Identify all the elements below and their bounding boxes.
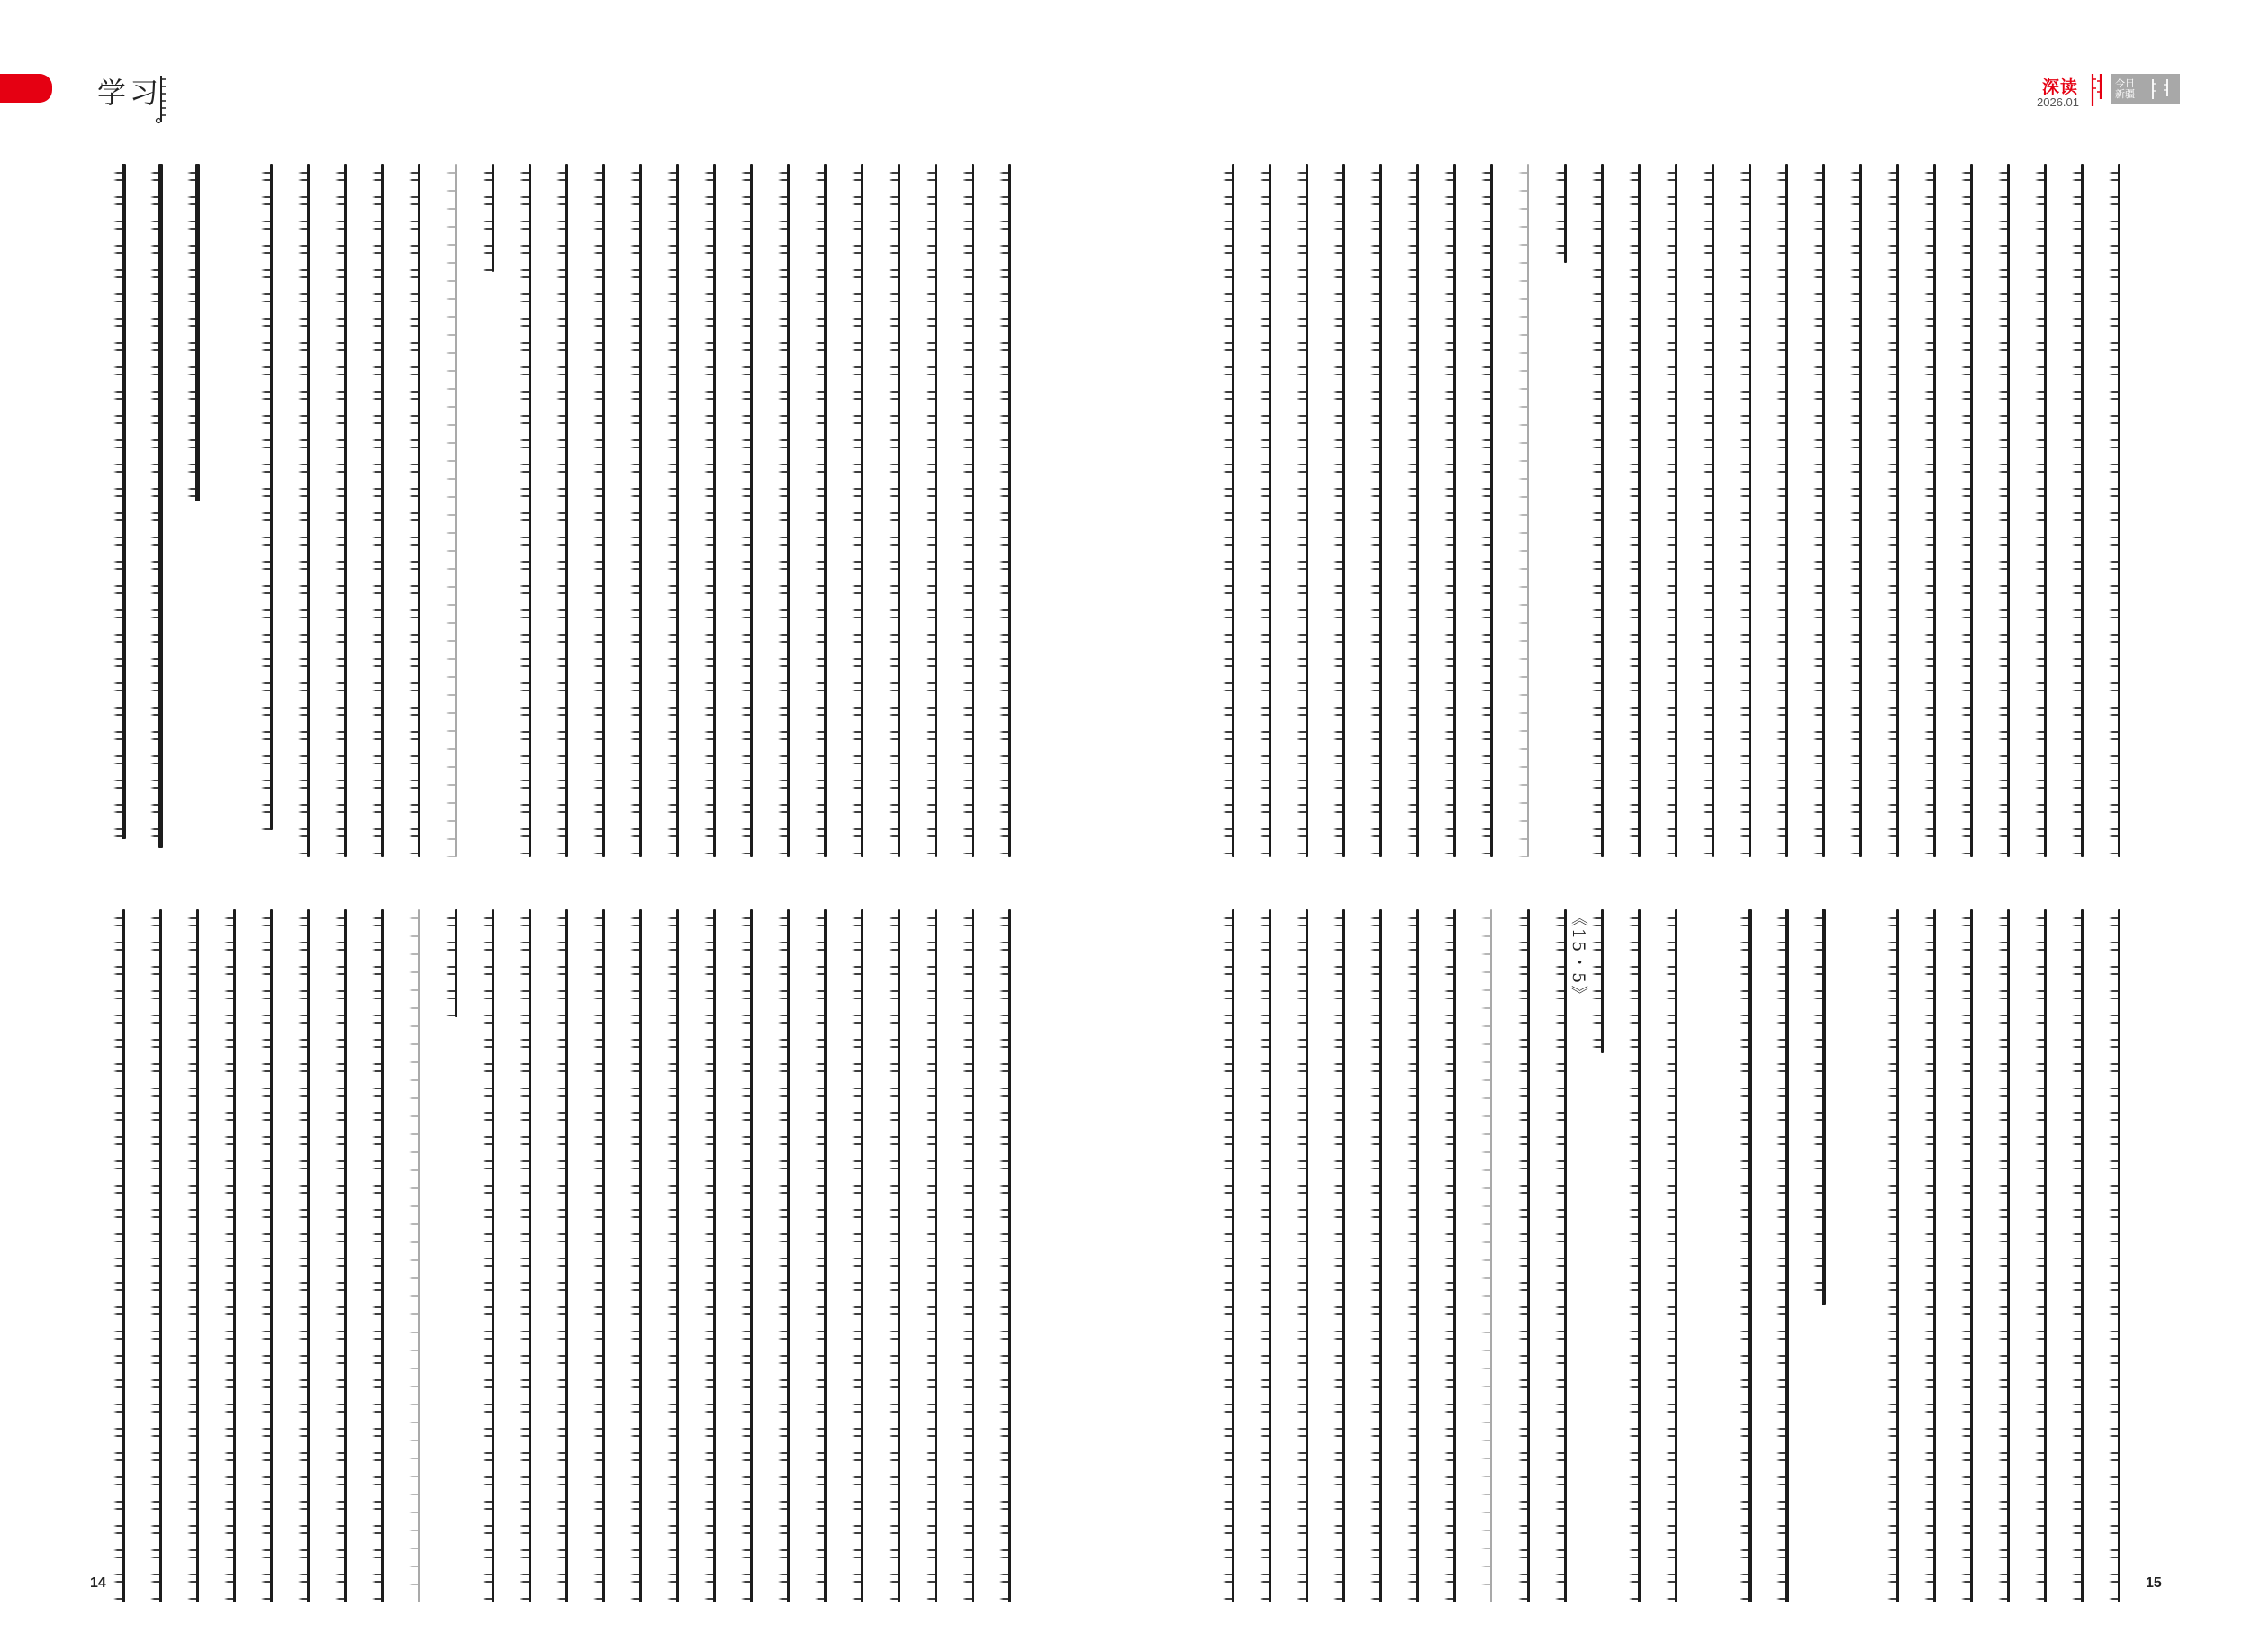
script-glyphs <box>963 164 982 857</box>
script-glyphs <box>1370 164 1390 857</box>
script-glyphs <box>113 909 133 1602</box>
text-column <box>402 909 438 1611</box>
text-column <box>402 164 438 875</box>
script-glyphs <box>1740 164 1759 857</box>
script-glyphs <box>1260 164 1279 857</box>
script-glyphs <box>999 164 1019 857</box>
script-glyphs <box>1998 164 2018 857</box>
text-column <box>2065 164 2102 875</box>
script-glyphs <box>1223 909 1243 1602</box>
text-column <box>845 909 881 1611</box>
script-glyphs <box>335 909 355 1602</box>
script-glyphs <box>1924 164 1944 857</box>
text-column <box>475 909 512 1611</box>
script-glyphs <box>1666 164 1686 857</box>
text-column <box>1437 164 1474 875</box>
script-glyphs <box>483 164 502 272</box>
page-number-left: 14 <box>90 1575 106 1592</box>
text-column <box>1806 164 1843 875</box>
text-column <box>808 909 845 1611</box>
text-column <box>1252 164 1289 875</box>
text-column <box>623 164 660 875</box>
script-glyphs <box>1592 164 1612 857</box>
script-glyphs <box>963 909 982 1602</box>
text-column <box>1622 164 1659 875</box>
text-column <box>697 164 734 875</box>
text-block-left-top <box>106 164 1029 875</box>
text-column <box>1437 909 1474 1611</box>
script-glyphs <box>1887 164 1907 857</box>
script-glyphs <box>335 164 355 857</box>
text-column <box>771 909 808 1611</box>
text-column <box>2028 164 2065 875</box>
text-column <box>291 164 328 875</box>
script-glyphs <box>1887 909 1907 1602</box>
text-block-left-bottom <box>106 909 1029 1611</box>
script-glyphs <box>261 909 281 1602</box>
text-column <box>180 164 217 875</box>
script-glyphs <box>1444 164 1464 857</box>
text-column <box>1363 909 1400 1611</box>
script-glyphs <box>889 909 909 1602</box>
text-column <box>623 909 660 1611</box>
script-glyphs <box>1407 909 1427 1602</box>
script-glyphs <box>556 164 576 857</box>
text-column <box>1511 909 1548 1611</box>
script-glyphs <box>667 909 687 1602</box>
script-glyphs <box>520 164 539 857</box>
text-column <box>734 909 771 1611</box>
text-column <box>1991 909 2028 1611</box>
script-glyphs <box>926 164 945 857</box>
publication-logo-box: 今日 新疆 <box>2111 74 2180 104</box>
script-glyphs <box>1297 909 1316 1602</box>
text-column <box>1289 909 1326 1611</box>
text-column <box>2065 909 2102 1611</box>
text-column <box>1732 909 1769 1611</box>
script-glyphs <box>298 164 318 857</box>
text-column <box>1548 164 1585 875</box>
text-column <box>1585 909 1622 1611</box>
script-glyphs <box>446 164 466 857</box>
text-column <box>1917 164 1954 875</box>
script-glyphs <box>187 164 207 501</box>
script-glyphs <box>815 164 835 857</box>
text-column <box>1474 164 1511 875</box>
script-glyphs <box>778 164 798 857</box>
script-glyphs <box>1444 909 1464 1602</box>
script-glyphs <box>741 164 761 857</box>
text-column <box>586 164 623 875</box>
text-column <box>1843 909 1880 1611</box>
script-glyphs <box>298 909 318 1602</box>
script-glyphs <box>704 909 724 1602</box>
script-glyphs <box>224 909 244 1602</box>
text-column <box>1363 164 1400 875</box>
script-glyphs <box>630 164 650 857</box>
text-column <box>1843 164 1880 875</box>
text-column <box>2102 909 2138 1611</box>
script-glyphs <box>1961 909 1981 1602</box>
text-column <box>1326 164 1363 875</box>
script-glyphs <box>150 164 170 848</box>
mongolian-column-name <box>2087 72 2105 110</box>
text-column <box>1216 909 1252 1611</box>
script-glyphs <box>741 909 761 1602</box>
text-column <box>365 909 402 1611</box>
text-column <box>734 164 771 875</box>
script-glyphs <box>2072 164 2092 857</box>
text-column <box>106 164 143 875</box>
script-glyphs <box>1260 909 1279 1602</box>
script-glyphs <box>1370 909 1390 1602</box>
column-name: 深读 <box>2042 77 2078 97</box>
script-glyphs <box>1998 909 2018 1602</box>
text-column <box>660 164 697 875</box>
script-glyphs <box>556 909 576 1602</box>
text-column <box>254 164 291 875</box>
script-glyphs <box>150 909 170 1602</box>
script-glyphs <box>630 909 650 1602</box>
text-column <box>143 909 180 1611</box>
script-glyphs <box>1703 164 1722 857</box>
script-glyphs <box>1333 164 1353 857</box>
script-glyphs <box>1924 909 1944 1602</box>
text-column <box>845 164 881 875</box>
page-number-right: 15 <box>2146 1575 2162 1592</box>
text-column <box>180 909 217 1611</box>
publication-name-mongolian <box>2142 77 2178 102</box>
text-block-right-top <box>1216 164 2138 875</box>
script-glyphs <box>2109 909 2129 1602</box>
section-title: 学习 <box>97 70 162 112</box>
text-column <box>254 909 291 1611</box>
text-column <box>955 909 992 1611</box>
script-glyphs <box>926 909 945 1602</box>
script-glyphs <box>1813 909 1833 1305</box>
script-glyphs <box>1629 909 1649 1602</box>
script-glyphs <box>999 909 1019 1602</box>
script-glyphs <box>852 909 872 1602</box>
text-column <box>475 164 512 875</box>
script-glyphs <box>446 909 466 1017</box>
text-column <box>1769 164 1806 875</box>
text-column <box>328 164 365 875</box>
text-column <box>291 909 328 1611</box>
text-column <box>955 164 992 875</box>
script-glyphs <box>1961 164 1981 857</box>
script-glyphs <box>852 164 872 857</box>
text-column <box>512 909 549 1611</box>
script-glyphs <box>2035 164 2055 857</box>
text-column <box>438 909 475 1611</box>
script-glyphs <box>1518 164 1538 857</box>
text-column <box>1400 909 1437 1611</box>
script-glyphs <box>667 164 687 857</box>
script-glyphs <box>704 164 724 857</box>
script-glyphs <box>483 909 502 1602</box>
mongolian-section-title <box>155 74 167 126</box>
script-glyphs <box>889 164 909 857</box>
publication-name: 今日 新疆 <box>2115 78 2138 100</box>
text-column <box>1880 909 1917 1611</box>
text-column <box>1806 909 1843 1611</box>
text-column <box>1400 164 1437 875</box>
script-glyphs <box>1555 909 1575 1602</box>
script-glyphs <box>409 909 429 1602</box>
text-column <box>1732 164 1769 875</box>
script-glyphs <box>1776 909 1796 1602</box>
text-column <box>1695 164 1732 875</box>
text-column <box>1585 164 1622 875</box>
text-column <box>1474 909 1511 1611</box>
citation-marker: 《15・5》 <box>1567 909 1591 1004</box>
text-column <box>808 164 845 875</box>
script-glyphs <box>1666 909 1686 1602</box>
script-glyphs <box>593 909 613 1602</box>
text-column <box>1917 909 1954 1611</box>
text-column <box>512 164 549 875</box>
text-column <box>697 909 734 1611</box>
text-column <box>217 164 254 875</box>
script-glyphs <box>1555 164 1575 263</box>
script-glyphs <box>113 164 133 839</box>
script-glyphs <box>2109 164 2129 857</box>
script-glyphs <box>372 909 392 1602</box>
text-column <box>2102 164 2138 875</box>
text-column <box>143 164 180 875</box>
script-glyphs <box>1481 164 1501 857</box>
column-brand: 深读 <box>2042 74 2078 98</box>
text-block-right-bottom <box>1216 909 2138 1611</box>
script-glyphs <box>1629 164 1649 857</box>
text-column <box>1622 909 1659 1611</box>
script-glyphs <box>1481 909 1501 1602</box>
script-glyphs <box>1518 909 1538 1602</box>
script-glyphs <box>815 909 835 1602</box>
text-column <box>549 909 586 1611</box>
script-glyphs <box>1740 909 1759 1602</box>
text-column <box>918 164 955 875</box>
text-column <box>217 909 254 1611</box>
text-column <box>1880 164 1917 875</box>
script-glyphs <box>1592 909 1612 1053</box>
section-color-tab <box>0 74 52 103</box>
text-column <box>365 164 402 875</box>
script-glyphs <box>1223 164 1243 857</box>
script-glyphs <box>1850 164 1870 857</box>
text-column <box>918 909 955 1611</box>
text-column <box>549 164 586 875</box>
script-glyphs <box>1297 164 1316 857</box>
text-column <box>1511 164 1548 875</box>
text-column <box>881 164 918 875</box>
text-column <box>660 909 697 1611</box>
script-glyphs <box>187 909 207 1602</box>
script-glyphs <box>261 164 281 830</box>
script-glyphs <box>372 164 392 857</box>
text-column <box>106 909 143 1611</box>
text-column <box>438 164 475 875</box>
script-glyphs <box>1776 164 1796 857</box>
text-column <box>1769 909 1806 1611</box>
script-glyphs <box>1333 909 1353 1602</box>
text-column <box>1659 164 1695 875</box>
text-column <box>1216 164 1252 875</box>
text-column <box>1695 909 1732 1611</box>
text-column <box>881 909 918 1611</box>
script-glyphs <box>409 164 429 857</box>
script-glyphs <box>1407 164 1427 857</box>
text-column <box>2028 909 2065 1611</box>
text-column <box>586 909 623 1611</box>
text-column <box>1659 909 1695 1611</box>
text-column <box>1289 164 1326 875</box>
text-column <box>1954 909 1991 1611</box>
text-column <box>1991 164 2028 875</box>
text-column <box>328 909 365 1611</box>
text-column <box>992 164 1029 875</box>
script-glyphs <box>1813 164 1833 857</box>
script-glyphs <box>2072 909 2092 1602</box>
text-column <box>1326 909 1363 1611</box>
text-column <box>1954 164 1991 875</box>
text-column <box>1548 909 1585 1611</box>
text-column <box>771 164 808 875</box>
script-glyphs <box>520 909 539 1602</box>
script-glyphs <box>2035 909 2055 1602</box>
text-column <box>1252 909 1289 1611</box>
script-glyphs <box>593 164 613 857</box>
script-glyphs <box>778 909 798 1602</box>
issue-date: 2026.01 <box>2037 95 2079 109</box>
text-column <box>992 909 1029 1611</box>
